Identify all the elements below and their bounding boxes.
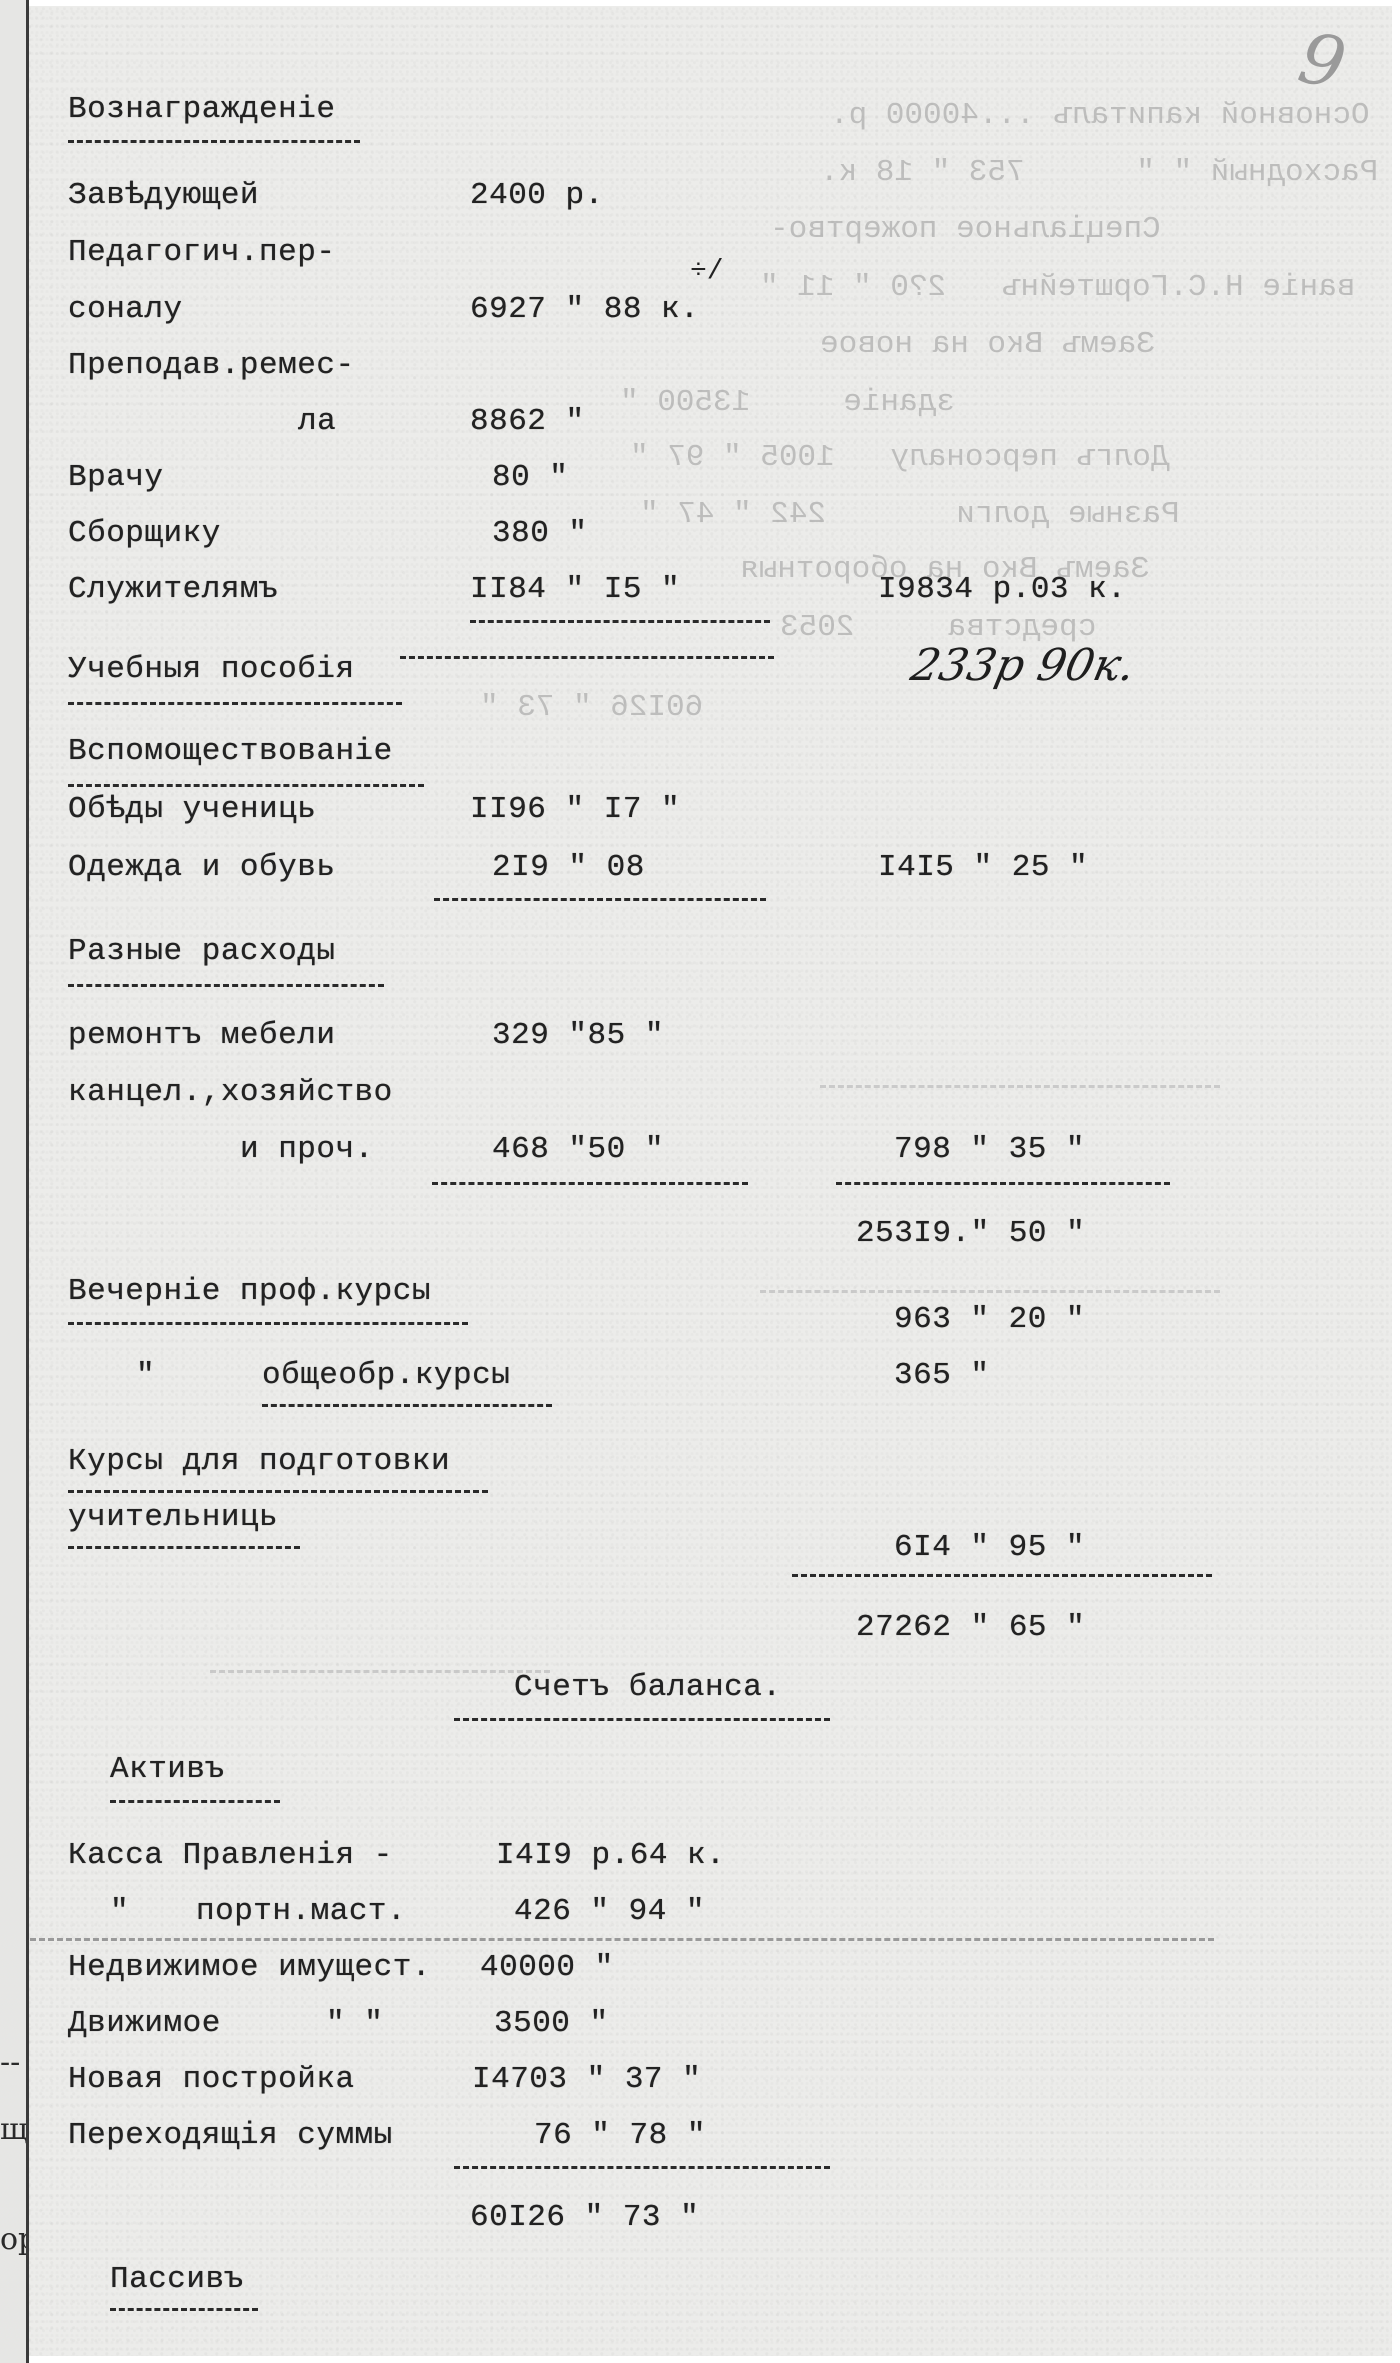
bleed-line: Спеціальное пожертво- — [770, 212, 1161, 248]
bleed-line: Основной капиталъ ...40000 р. — [830, 98, 1370, 134]
divider-line — [30, 1938, 1214, 1941]
row-label: канцел.,хозяйство — [68, 1075, 393, 1111]
section-amount: 6I4 " 95 " — [894, 1530, 1085, 1566]
heading-underline — [110, 1800, 280, 1803]
heading-underline — [68, 984, 384, 987]
row-label: Врачу — [68, 460, 164, 496]
liabilities-heading: Пассивъ — [110, 2262, 244, 2298]
adjacent-page-fragment: -- — [0, 2045, 26, 2080]
title-underline — [454, 1718, 830, 1721]
bleed-line: Долгъ персоналу 1005 " 97 " — [630, 440, 1170, 476]
balance-title: Счетъ баланса. — [514, 1670, 781, 1706]
running-total: 253I9." 50 " — [856, 1216, 1085, 1252]
section-subtotal: 798 " 35 " — [894, 1132, 1085, 1168]
section-subtotal: I4I5 " 25 " — [878, 850, 1088, 886]
row-label: Служителямъ — [68, 572, 278, 608]
heading-underline — [110, 2308, 258, 2311]
row-label: Сборщику — [68, 516, 221, 552]
row-label: ремонтъ мебели — [68, 1018, 335, 1054]
sum-underline — [434, 898, 766, 901]
section-amount: 963 " 20 " — [894, 1302, 1085, 1338]
bleed-line: Разные долги 242 " 47 " — [640, 497, 1180, 533]
section-heading-evening-courses: Вечерніе проф.курсы — [68, 1274, 431, 1310]
row-label: Одежда и обувь — [68, 850, 335, 886]
row-amount: 8862 " — [470, 404, 585, 440]
row-amount: 2400 р. — [470, 178, 604, 214]
check-mark: ÷/ — [690, 256, 724, 287]
adjacent-page-strip — [0, 0, 26, 2363]
adjacent-page-fragment: ор — [0, 2222, 26, 2257]
section-subtotal: I9834 р.03 к. — [878, 572, 1126, 608]
bleed-line: Расходный " " 753 " 18 к. — [820, 155, 1378, 191]
handwritten-amount: 233р 90к. — [907, 640, 1140, 691]
asset-label: Касса Правленія - — [68, 1838, 393, 1874]
bleed-divider — [820, 1085, 1220, 1088]
row-amount: II84 " I5 " — [470, 572, 680, 608]
bleed-line: зданіе 13500 " — [620, 385, 955, 421]
ditto-mark: " — [110, 1894, 129, 1930]
adjacent-page-fragment: щ — [0, 2112, 26, 2147]
grand-total: 27262 " 65 " — [856, 1610, 1085, 1646]
section-heading-assistance: Вспомоществованіе — [68, 734, 393, 770]
sum-underline — [400, 656, 774, 659]
page-binding-edge — [26, 0, 29, 2363]
section-heading-teacher-courses: Курсы для подготовки — [68, 1444, 450, 1480]
heading-underline — [68, 140, 360, 143]
bleed-line: 60I26 " 73 " — [480, 690, 703, 726]
row-label: соналу — [68, 292, 183, 328]
row-amount: 468 "50 " — [492, 1132, 664, 1168]
asset-amount: 76 " 78 " — [534, 2118, 706, 2154]
section-heading-remuneration: Вознагражденіе — [68, 92, 335, 128]
heading-underline — [68, 1490, 488, 1493]
row-label: Обѣды учениць — [68, 792, 316, 828]
asset-label: Новая постройка — [68, 2062, 355, 2098]
asset-label: Недвижимое имущест. — [68, 1950, 431, 1986]
asset-amount: I4I9 р.64 к. — [496, 1838, 725, 1874]
assets-total: 60I26 " 73 " — [470, 2200, 699, 2236]
section-amount: 365 " — [894, 1358, 990, 1394]
heading-underline — [262, 1404, 552, 1407]
row-label: Завѣдующей — [68, 178, 259, 214]
heading-underline — [68, 1322, 468, 1325]
asset-label: портн.маст. — [196, 1894, 406, 1930]
row-amount: II96 " I7 " — [470, 792, 680, 828]
heading-underline — [68, 702, 402, 705]
ditto-mark: " " — [326, 2006, 383, 2042]
heading-underline — [68, 1546, 300, 1549]
sum-underline — [470, 620, 770, 623]
sum-underline — [432, 1182, 748, 1185]
assets-heading: Активъ — [110, 1752, 225, 1788]
row-label: ла — [298, 404, 336, 440]
section-heading-teaching-aids: Учебныя пособія — [68, 652, 355, 688]
section-heading-general-courses: общеобр.курсы — [262, 1358, 510, 1394]
row-amount: 6927 " 88 к. — [470, 292, 699, 328]
row-amount: 80 " — [492, 460, 568, 496]
row-label: и проч. — [240, 1132, 374, 1168]
row-amount: 329 "85 " — [492, 1018, 664, 1054]
bleed-line: ваніе Н.С.Горштейнъ 2?0 " 11 " — [760, 270, 1355, 306]
sum-underline — [454, 2166, 830, 2169]
asset-amount: 426 " 94 " — [514, 1894, 705, 1930]
asset-amount: 40000 " — [480, 1950, 614, 1986]
row-amount: 380 " — [492, 516, 588, 552]
asset-amount: I4703 " 37 " — [472, 2062, 701, 2098]
sum-underline — [836, 1182, 1170, 1185]
asset-label: Переходящія суммы — [68, 2118, 393, 2154]
ditto-mark: " — [136, 1358, 155, 1394]
bleed-line: Заемъ Вко на новое — [820, 327, 1155, 363]
bleed-divider — [760, 1290, 1220, 1293]
row-label: Педагогич.пер- — [68, 235, 335, 271]
section-heading-teacher-courses-cont: учительниць — [68, 1500, 278, 1536]
asset-label: Движимое — [68, 2006, 221, 2042]
sum-underline — [792, 1574, 1212, 1577]
row-label: Преподав.ремес- — [68, 348, 355, 384]
section-heading-misc: Разные расходы — [68, 934, 335, 970]
bleed-divider — [210, 1670, 550, 1673]
heading-underline — [68, 784, 424, 787]
asset-amount: 3500 " — [494, 2006, 609, 2042]
row-amount: 2I9 " 08 — [492, 850, 645, 886]
